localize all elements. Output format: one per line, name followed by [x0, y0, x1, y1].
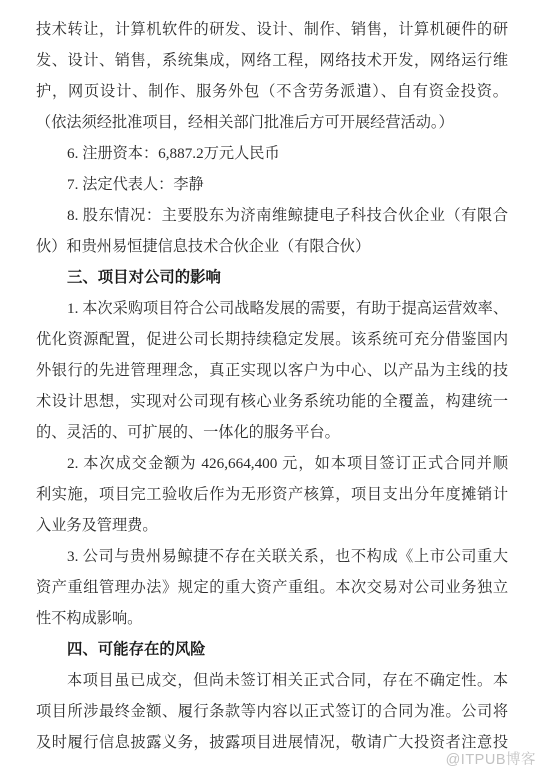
text-line: （依法须经批准项目，经相关部门批准后方可开展经营活动。） [36, 107, 508, 138]
text-line: 优化资源配置，促进公司长期持续稳定发展。该系统可充分借鉴国内 [36, 324, 508, 355]
text-line: 伙）和贵州易恒捷信息技术合伙企业（有限合伙） [36, 231, 508, 262]
text-line: 技术转让，计算机软件的研发、设计、制作、销售，计算机硬件的研 [36, 14, 508, 45]
text-line: 项目所涉最终金额、履行条款等内容以正式签订的合同为准。公司将 [36, 696, 508, 727]
document-page: 技术转让，计算机软件的研发、设计、制作、销售，计算机硬件的研 发、设计、销售，系… [0, 0, 544, 777]
document-body: 技术转让，计算机软件的研发、设计、制作、销售，计算机硬件的研 发、设计、销售，系… [36, 14, 508, 758]
text-line: 1. 本次采购项目符合公司战略发展的需要，有助于提高运营效率、 [36, 293, 508, 324]
text-line-registered-capital: 6. 注册资本：6,887.2万元人民币 [36, 138, 508, 169]
text-line: 及时履行信息披露义务，披露项目进展情况，敬请广大投资者注意投 [36, 727, 508, 758]
text-line: 3. 公司与贵州易鲸捷不存在关联关系，也不构成《上市公司重大 [36, 541, 508, 572]
text-line: 发、设计、销售，系统集成，网络工程，网络技术开发，网络运行维 [36, 45, 508, 76]
watermark: @ITPUB博客 [446, 751, 536, 769]
text-line: 术设计思想，实现对公司现有核心业务系统功能的全覆盖，构建统一 [36, 386, 508, 417]
text-line: 本项目虽已成交，但尚未签订相关正式合同，存在不确定性。本 [36, 665, 508, 696]
section-heading-impact: 三、项目对公司的影响 [36, 262, 508, 293]
text-line-shareholders: 8. 股东情况：主要股东为济南维鲸捷电子科技合伙企业（有限合 [36, 200, 508, 231]
text-line: 外银行的先进管理理念，真正实现以客户为中心、以产品为主线的技 [36, 355, 508, 386]
text-line: 利实施，项目完工验收后作为无形资产核算，项目支出分年度摊销计 [36, 479, 508, 510]
text-line: 性不构成影响。 [36, 603, 508, 634]
text-line: 的、灵活的、可扩展的、一体化的服务平台。 [36, 417, 508, 448]
text-line-legal-representative: 7. 法定代表人：李静 [36, 169, 508, 200]
text-line: 护，网页设计、制作、服务外包（不含劳务派遣）、自有资金投资。 [36, 76, 508, 107]
section-heading-risks: 四、可能存在的风险 [36, 634, 508, 665]
text-line: 资产重组管理办法》规定的重大资产重组。本次交易对公司业务独立 [36, 572, 508, 603]
text-line-deal-amount: 2. 本次成交金额为 426,664,400 元，如本项目签订正式合同并顺 [36, 448, 508, 479]
text-line: 入业务及管理费。 [36, 510, 508, 541]
